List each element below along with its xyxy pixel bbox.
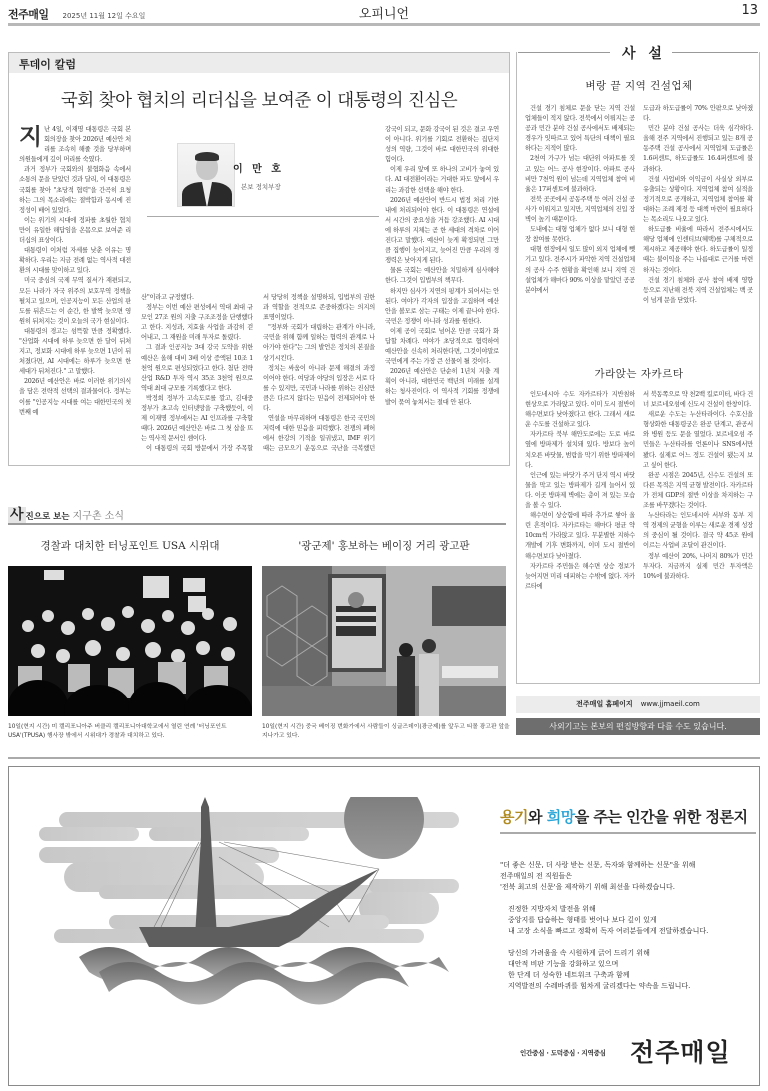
author-divider bbox=[147, 216, 379, 217]
homepage-label: 전주매일 홈페이지 bbox=[576, 700, 633, 708]
editorial-2-col-right: 서 북동쪽으로 약 천2백 킬로미터, 바다 건너 보르네오섬에 신도시 건설이… bbox=[643, 390, 753, 662]
homepage-banner: 전주매일 홈페이지www.jjmaeil.com bbox=[516, 696, 760, 713]
ad-paragraph-1: "더 좋은 신문, 더 사랑 받는 신문, 독자와 함께하는 신문"을 위해 전… bbox=[500, 860, 695, 893]
masthead: 전주매일 2025년 11월 12일 수요일 오피니언 13 bbox=[8, 2, 760, 22]
photo-headline-1: 경찰과 대치한 터닝포인트 USA 시위대 bbox=[8, 538, 252, 553]
editorial-box: 벼랑 끝 지역 건설업체 건설 경기 침체로 문을 닫는 지역 건설 업체들이 … bbox=[516, 52, 760, 684]
editorial-title-2: 가라앉는 자카르타 bbox=[517, 366, 761, 381]
protest-photo bbox=[8, 566, 252, 716]
section-title: 오피니언 bbox=[8, 3, 760, 22]
ad-headline: 용기와 희망을 주는 인간을 위한 정론지 bbox=[500, 806, 747, 827]
editorial-1-col-right: 도급과 하도급률이 70% 안팎으로 낮아졌다. 민간 분야 건설 공사는 더욱… bbox=[643, 104, 753, 356]
column-text-col-4: 강국이 되고, 문화 강국이 된 것은 결코 우연이 아니다. 위기를 기회로 … bbox=[385, 125, 499, 455]
billboard-photo bbox=[262, 566, 506, 716]
photo-caption-1: 10일(현지 시간) 미 캘리포니아주 버클리 캘리포니아대학교에서 열린 연례… bbox=[8, 723, 258, 741]
ad-paragraph-2: 진정한 지방자치 발전을 위해 중앙지를 답습하는 형태를 벗어나 보다 깊이 … bbox=[508, 904, 708, 937]
section-divider bbox=[8, 757, 760, 759]
author-name: 이 만 호 bbox=[233, 160, 284, 175]
editorial-2-col-left: 인도네시아 수도 자카르타가 지반침하 현상으로 가라앉고 있다. 이미 도시 … bbox=[525, 390, 635, 662]
photo-section-rule bbox=[8, 523, 506, 525]
column-text-col-1: 지난 4일, 이재명 대통령은 국회 본회의장을 찾아 2026년 예산안 처리… bbox=[19, 125, 131, 455]
ad-paragraph-3: 당신의 가려움을 속 시원하게 긁어 드리기 위해 대안적 비판 기능을 강화하… bbox=[508, 948, 690, 992]
editorial-title-1: 벼랑 끝 지역 건설업체 bbox=[517, 78, 761, 93]
editorial-1-col-left: 건설 경기 침체로 문을 닫는 지역 건설 업체들이 적지 않다. 전북에서 이… bbox=[525, 104, 635, 356]
ad-divider bbox=[500, 832, 756, 834]
today-column-box: 투데이 칼럼 국회 찾아 협치의 리더십을 보여준 이 대통령의 진심은 지난 … bbox=[8, 52, 510, 466]
column-title: 국회 찾아 협치의 리더십을 보여준 이 대통령의 진심은 bbox=[9, 87, 509, 112]
column-text-col-3: 서 당당히 정책을 설명하되, 입법부의 권한과 역할을 전적으로 존중하겠다는… bbox=[263, 293, 375, 455]
column-text-col-2: 산"이라고 규정했다. 정부는 이번 예산 편성에서 역대 최대 규모인 27조… bbox=[141, 293, 253, 455]
author-photo bbox=[177, 143, 235, 207]
author-role: 본보 정치부장 bbox=[241, 182, 281, 191]
paper-logo: 전주매일 bbox=[630, 1033, 731, 1069]
dropcap: 지 bbox=[19, 125, 42, 147]
ship-illustration bbox=[29, 797, 479, 1017]
masthead-rule bbox=[8, 23, 760, 26]
photo-headline-2: '광군제' 홍보하는 베이징 거리 광고판 bbox=[262, 538, 506, 553]
disclaimer-banner: 사외기고는 본보의 편집방향과 다를 수도 있습니다. bbox=[516, 718, 760, 735]
homepage-url[interactable]: www.jjmaeil.com bbox=[641, 700, 700, 708]
ad-tagline: 인간중심 · 도덕중심 · 지역중심 bbox=[520, 1048, 606, 1057]
photo-section-title: 사진으로 보는 지구촌 소식 bbox=[8, 504, 124, 524]
page-number: 13 bbox=[741, 3, 758, 18]
photo-caption-2: 10일(현지 시간) 중국 베이징 번화가에서 사람들이 싱글즈데이(광군제)를… bbox=[262, 723, 512, 741]
column-tag: 투데이 칼럼 bbox=[9, 53, 509, 73]
